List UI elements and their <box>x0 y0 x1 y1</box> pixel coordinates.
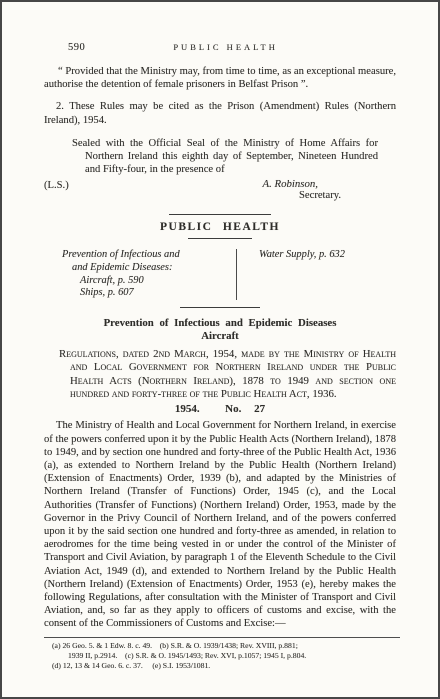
footnote-line: (a) 26 Geo. 5. & 1 Edw. 8. c. 49. (b) S.… <box>52 641 396 651</box>
contents-index: Prevention of Infectious and and Epidemi… <box>62 249 396 299</box>
regulation-number: 1954. No. 27 <box>44 403 396 415</box>
page-number: 590 <box>68 42 85 53</box>
running-head-title: PUBLIC HEALTH <box>85 42 396 52</box>
running-header: 590 PUBLIC HEALTH <box>44 42 396 53</box>
section-title: PUBLIC HEALTH <box>44 221 396 233</box>
footnote-line: (d) 12, 13 & 14 Geo. 6. c. 37. (e) S.I. … <box>52 661 396 671</box>
regulation-subheading: Aircraft <box>44 330 396 342</box>
citation-clause: 2. These Rules may be cited as the Priso… <box>44 100 396 126</box>
index-left-column: Prevention of Infectious and and Epidemi… <box>62 249 234 299</box>
seal-mark: (L.S.) <box>44 180 69 191</box>
index-entry: Water Supply, p. 632 <box>259 249 345 260</box>
regulation-preamble: Regulations, dated 2nd March, 1954, made… <box>59 348 396 402</box>
section-divider-top <box>169 214 271 215</box>
regulation-heading: Prevention of Infectious and Epidemic Di… <box>44 317 396 329</box>
index-entry: Prevention of Infectious and <box>62 249 180 260</box>
index-entry: Ships, p. 607 <box>62 287 234 300</box>
footnote-line: 1939 II, p.2914. (c) S.R. & O. 1945/1493… <box>68 651 396 661</box>
footnote-rule <box>44 637 400 638</box>
sealing-clause: Sealed with the Official Seal of the Min… <box>64 137 378 177</box>
regulation-body: The Ministry of Health and Local Governm… <box>44 419 396 630</box>
index-column-divider <box>236 249 237 299</box>
index-entry: Aircraft, p. 590 <box>62 275 234 288</box>
section-divider-under <box>188 238 252 239</box>
signature-name: A. Robinson, <box>263 178 318 190</box>
index-bottom-rule <box>180 307 260 308</box>
signature-title: Secretary. <box>299 190 341 201</box>
index-right-column: Water Supply, p. 632 <box>239 249 345 299</box>
quoted-proviso: “ Provided that the Ministry may, from t… <box>44 65 396 91</box>
signature-row: (L.S.) A. Robinson, Secretary. <box>44 178 396 208</box>
index-entry: and Epidemic Diseases: <box>62 262 234 275</box>
scanned-statute-page: 590 PUBLIC HEALTH “ Provided that the Mi… <box>0 0 440 699</box>
